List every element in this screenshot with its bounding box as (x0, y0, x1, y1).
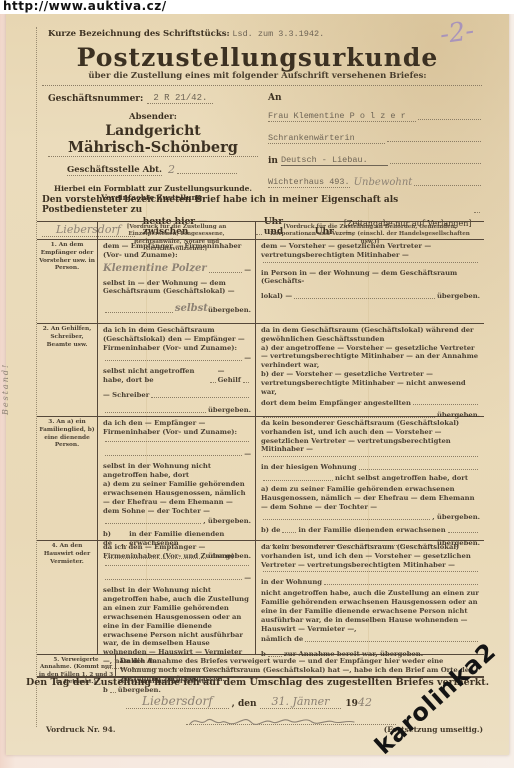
form-text: in der Wohnung (261, 578, 322, 587)
row5-text: Da die Annahme des Briefes verweigert wu… (115, 655, 484, 676)
table-row-3: 3. An a) ein Familienglied, b) eine dien… (37, 416, 484, 540)
form-text: — (244, 574, 251, 583)
form-text: nicht selbst angetroffen habe, dort (335, 474, 468, 483)
form-text: b) der — Vorsteher — gesetzliche Vertret… (261, 370, 480, 396)
form-text: — Schreiber (103, 391, 149, 400)
document-title: Postzustellungsurkunde (6, 43, 509, 72)
row3-left-cell: da ich den — Empfänger — Firmeninhaber (… (97, 417, 255, 540)
row1-right-cell: dem — Vorsteher — gesetzlichen Vertreter… (255, 240, 484, 323)
form-text: selbst in der Wohnung nicht angetroffen … (103, 586, 249, 647)
form-text: da kein besonderer Geschäftsraum (Geschä… (261, 419, 480, 454)
table-header-row: [Vordruck für die Zustellung an Einzelpe… (37, 222, 484, 239)
form-text: — Vermieter (298, 625, 345, 633)
signature-line (186, 713, 396, 725)
row3-label: 3. An a) ein Familienglied, b) eine dien… (37, 417, 97, 540)
form-text: selbst in der Wohnung nicht angetroffen … (103, 462, 251, 480)
left-column-header: [Vordruck für die Zustellung an Einzelpe… (97, 222, 255, 239)
form-number: Vordruck Nr. 94. (46, 725, 116, 734)
short-description-label: Kurze Bezeichnung des Schriftstücks: (48, 29, 230, 39)
form-text: — Gehilf (218, 367, 241, 385)
recipient-place: Deutsch - Liebau. (281, 155, 388, 166)
form-text: da ich den — Empfänger — Firmeninhaber (… (103, 543, 251, 561)
form-text: , übergeben. (203, 517, 251, 526)
recipient-name-handwritten: Klementine Polzer (103, 262, 207, 275)
page-number-handwritten: -2- (438, 16, 476, 50)
sender-court: Landgericht (48, 123, 258, 139)
footer-den-label: , den (232, 699, 257, 709)
sender-block: Geschäftsnummer: 2 R 21/42. Absender: La… (48, 93, 258, 202)
form-text: dort dem beim Empfänger angestellten (261, 399, 411, 408)
form-text: — (244, 266, 251, 275)
document-subtitle: über die Zustellung eines mit folgender … (6, 71, 509, 81)
form-text: in Person in — der Wohnung — dem Geschäf… (261, 269, 480, 287)
row1-label: 1. An dem Empfänger oder Vorsteher usw. … (37, 240, 97, 323)
row2-right-cell: da in dem Geschäftsraum (Geschäftslokal)… (255, 324, 484, 416)
form-text: selbst in — der Wohnung — dem Geschäftsr… (103, 279, 251, 297)
scanned-document-page: { "url_bar": { "text": "http://www.aukti… (0, 0, 514, 768)
office-value-handwritten: 2 (168, 163, 175, 176)
recipient-in-label: in (268, 156, 278, 166)
form-text: übergeben. (208, 406, 251, 415)
form-text: a) dem zu seiner Familie gehörenden erwa… (261, 485, 480, 511)
form-text: , übergeben. (432, 513, 480, 522)
url-watermark: http://www.auktiva.cz/ (0, 0, 514, 14)
short-description-row: Kurze Bezeichnung des Schriftstücks: Lsd… (48, 29, 468, 39)
recipient-house: Wichterhaus 493. (268, 177, 350, 188)
office-label: Geschäftsstelle Abt. (67, 165, 162, 176)
short-description-value: Lsd. zum 3.3.1942. (232, 29, 324, 39)
form-text: da ich in dem Geschäftsraum (Geschäftslo… (103, 326, 251, 352)
subtitle-rule (42, 85, 482, 86)
recipient-annotation-handwritten: Unbewohnt (354, 177, 413, 188)
header-label-spacer (37, 222, 97, 239)
form-text: nämlich de (261, 635, 303, 644)
form-text: übergeben. (208, 306, 251, 315)
recipient-name: Frau Klementine P o l z e r (268, 111, 416, 122)
form-note-1: Hierbei ein Formblatt zur Zustellungsurk… (48, 184, 258, 193)
table-row-2: 2. An Gehilfen, Schreiber, Beamte usw. d… (37, 323, 484, 416)
row3-right-cell: da kein besonderer Geschäftsraum (Geschä… (255, 417, 484, 540)
form-text: b) de (261, 526, 280, 535)
form-text: selbst nicht angetroffen habe, dort be (103, 367, 208, 385)
delivery-form-table: [Vordruck für die Zustellung an Einzelpe… (37, 221, 484, 678)
row4-right-cell: da kein besonderer Geschäftsraum (Geschä… (255, 541, 484, 654)
form-text: — (244, 450, 251, 459)
margin-note-vertical: Bestand! (1, 295, 10, 415)
footer-year-printed: 19 (345, 699, 358, 709)
form-text: dem — Vorsteher — gesetzlichen Vertreter… (261, 242, 480, 260)
form-text: da kein besonderer Geschäftsraum (Geschä… (261, 543, 480, 569)
recipient-occupation: Schrankenwärterin (268, 133, 385, 144)
right-column-header: [Vordruck für die Zustellung an Behörden… (255, 222, 484, 239)
row4-left-cell: da ich den — Empfänger — Firmeninhaber (… (97, 541, 255, 654)
document-paper: Kurze Bezeichnung des Schriftstücks: Lsd… (6, 13, 509, 755)
sender-city: Mährisch-Schönberg (48, 139, 258, 157)
row2-left-cell: da ich in dem Geschäftsraum (Geschäftslo… (97, 324, 255, 416)
form-text: in der hiesigen Wohnung (261, 463, 357, 472)
recipient-an-label: An (268, 93, 483, 103)
footer-place-handwritten: Liebersdorf (126, 694, 229, 709)
table-row-1: 1. An dem Empfänger oder Vorsteher usw. … (37, 239, 484, 323)
form-text: a) dem zu seiner Familie gehörenden erwa… (103, 480, 251, 515)
form-text: a) der angetroffene — Vorsteher — gesetz… (261, 344, 480, 370)
case-number-label: Geschäftsnummer: (48, 94, 143, 104)
form-text: in der Familie dienenden erwachsenen (298, 526, 445, 535)
recipient-block: An Frau Klementine P o l z e r Schranken… (268, 93, 483, 199)
table-row-5: 5. Verweigerte Annahme. (Kommt nur in de… (37, 654, 484, 676)
form-text: dem — Empfänger — Firmeninhaber (Vor- un… (103, 242, 251, 260)
row2-label: 2. An Gehilfen, Schreiber, Beamte usw. (37, 324, 97, 416)
footer-year-handwritten: 42 (358, 696, 372, 709)
case-number-value: 2 R 21/42. (147, 93, 213, 104)
row4-label: 4. An den Hauswirt oder Vermieter. (37, 541, 97, 654)
form-text: da in dem Geschäftsraum (Geschäftslokal)… (261, 326, 480, 344)
table-row-4: 4. An den Hauswirt oder Vermieter. da ic… (37, 540, 484, 654)
footer-date-handwritten: 31. Jänner (260, 695, 342, 709)
form-text: übergeben. (437, 292, 480, 301)
form-text: — (244, 354, 251, 363)
form-text: —, (347, 625, 356, 633)
row5-label: 5. Verweigerte Annahme. (Kommt nur in de… (37, 655, 115, 676)
selbst-handwritten: selbst (175, 302, 208, 315)
statement-part1: Den vorstehend bezeichneten Brief habe i… (42, 195, 472, 215)
form-text: da ich den — Empfänger — Firmeninhaber (… (103, 419, 251, 437)
sender-label: Absender: (48, 112, 258, 122)
form-text: lokal) — (261, 292, 292, 301)
row1-left-cell: dem — Empfänger — Firmeninhaber (Vor- un… (97, 240, 255, 323)
